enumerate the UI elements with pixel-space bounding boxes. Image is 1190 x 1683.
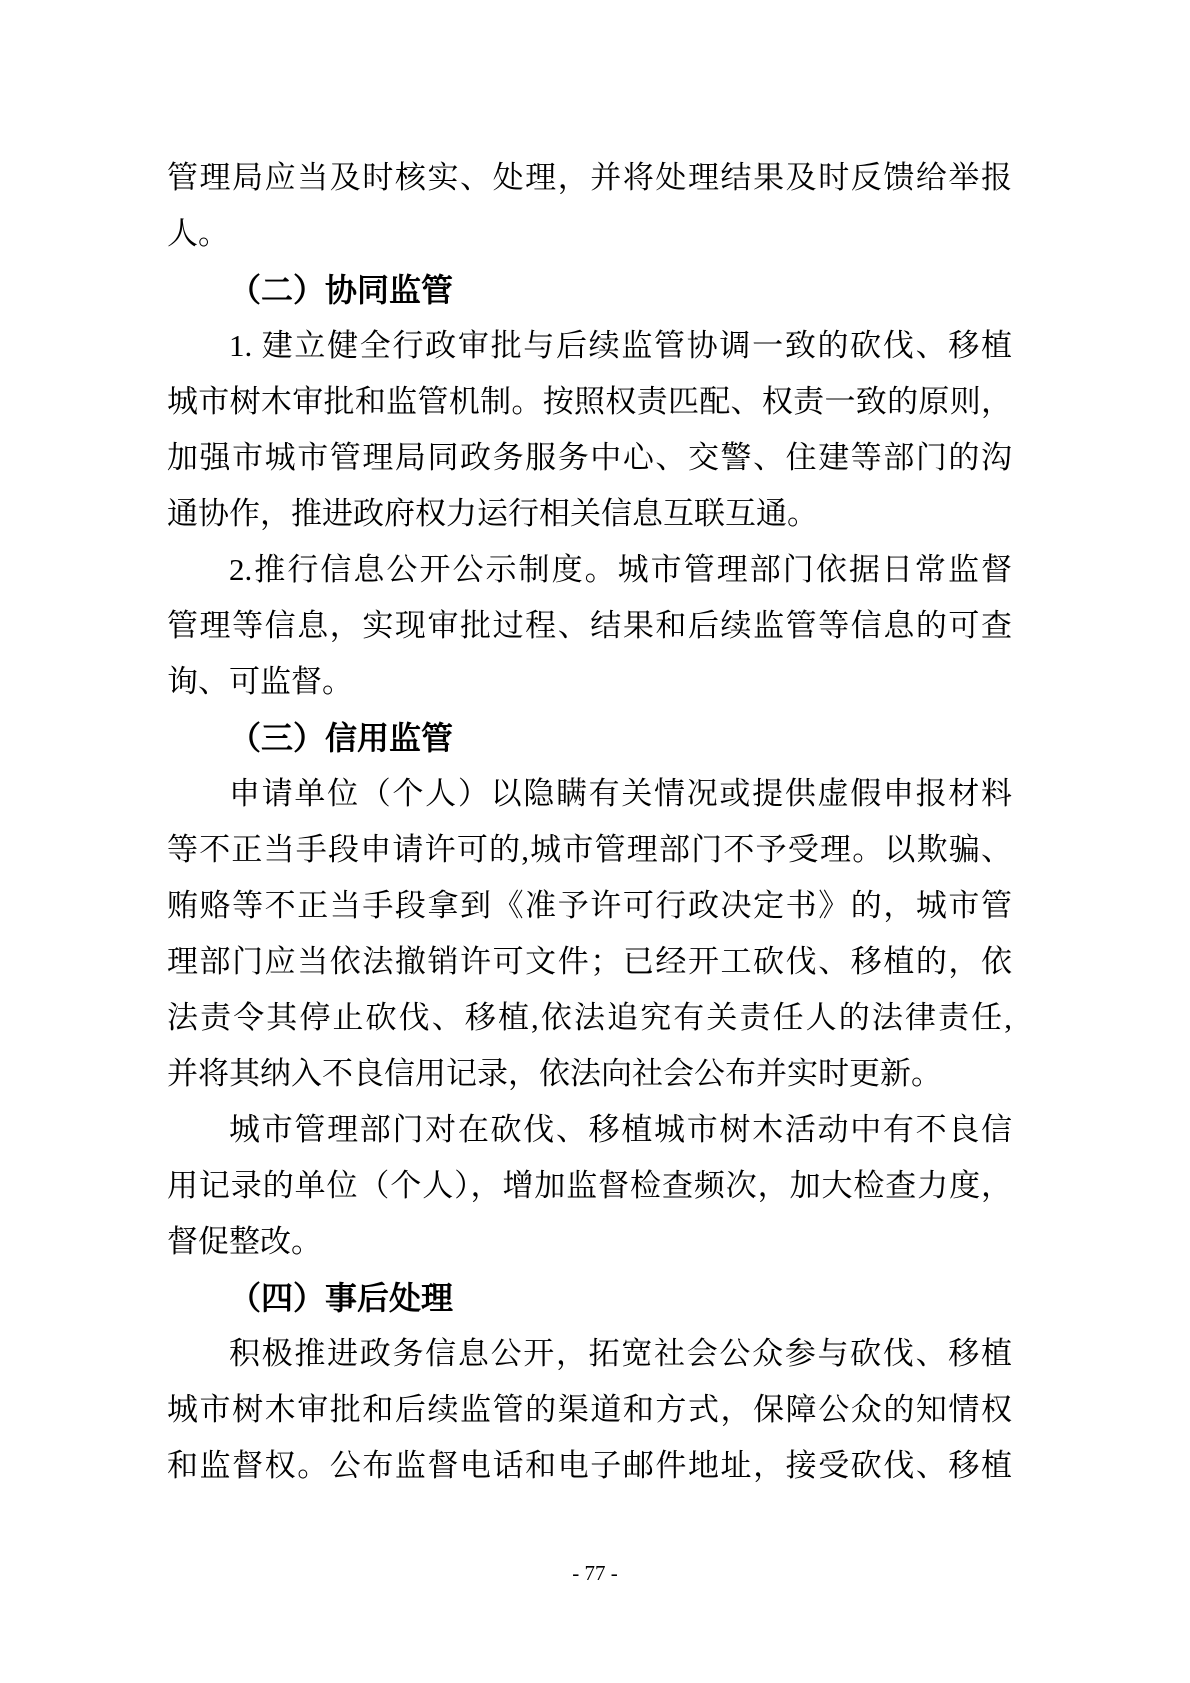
body-line: 管理等信息，实现审批过程、结果和后续监管等信息的可查 [167, 598, 1012, 654]
body-line: 和监督权。公布监督电话和电子邮件地址，接受砍伐、移植 [167, 1438, 1012, 1494]
paragraph: 申请单位（个人）以隐瞒有关情况或提供虚假申报材料 等不正当手段申请许可的,城市管… [167, 766, 1012, 1102]
body-line: 督促整改。 [167, 1214, 1012, 1270]
body-line: 等不正当手段申请许可的,城市管理部门不予受理。以欺骗、 [167, 822, 1012, 878]
body-line: 通协作，推进政府权力运行相关信息互联互通。 [167, 486, 1012, 542]
paragraph: 管理局应当及时核实、处理，并将处理结果及时反馈给举报 人。 [167, 150, 1012, 262]
body-line: 人。 [167, 206, 1012, 262]
paragraph: 城市管理部门对在砍伐、移植城市树木活动中有不良信 用记录的单位（个人），增加监督… [167, 1102, 1012, 1270]
body-line: 加强市城市管理局同政务服务中心、交警、住建等部门的沟 [167, 430, 1012, 486]
body-line: 并将其纳入不良信用记录，依法向社会公布并实时更新。 [167, 1046, 1012, 1102]
paragraph: 积极推进政务信息公开，拓宽社会公众参与砍伐、移植 城市树木审批和后续监管的渠道和… [167, 1326, 1012, 1494]
body-line: 贿赂等不正当手段拿到《准予许可行政决定书》的，城市管 [167, 878, 1012, 934]
body-line: 用记录的单位（个人），增加监督检查频次，加大检查力度， [167, 1158, 1012, 1214]
body-line: 法责令其停止砍伐、移植,依法追究有关责任人的法律责任, [167, 990, 1012, 1046]
body-line: 城市管理部门对在砍伐、移植城市树木活动中有不良信 [167, 1102, 1012, 1158]
page-number: - 77 - [0, 1558, 1190, 1588]
paragraph: 2.推行信息公开公示制度。城市管理部门依据日常监督 管理等信息，实现审批过程、结… [167, 542, 1012, 710]
section-heading: （二）协同监管 [167, 262, 1012, 318]
body-line: 理部门应当依法撤销许可文件；已经开工砍伐、移植的，依 [167, 934, 1012, 990]
section-heading: （三）信用监管 [167, 710, 1012, 766]
section-heading: （四）事后处理 [167, 1270, 1012, 1326]
page-body-text: 管理局应当及时核实、处理，并将处理结果及时反馈给举报 人。 （二）协同监管 1.… [167, 150, 1012, 1494]
body-line: 2.推行信息公开公示制度。城市管理部门依据日常监督 [167, 542, 1012, 598]
paragraph: 1. 建立健全行政审批与后续监管协调一致的砍伐、移植 城市树木审批和监管机制。按… [167, 318, 1012, 542]
body-line: 城市树木审批和后续监管的渠道和方式，保障公众的知情权 [167, 1382, 1012, 1438]
body-line: 申请单位（个人）以隐瞒有关情况或提供虚假申报材料 [167, 766, 1012, 822]
body-line: 询、可监督。 [167, 654, 1012, 710]
body-line: 1. 建立健全行政审批与后续监管协调一致的砍伐、移植 [167, 318, 1012, 374]
body-line: 管理局应当及时核实、处理，并将处理结果及时反馈给举报 [167, 150, 1012, 206]
body-line: 城市树木审批和监管机制。按照权责匹配、权责一致的原则， [167, 374, 1012, 430]
document-page: 管理局应当及时核实、处理，并将处理结果及时反馈给举报 人。 （二）协同监管 1.… [0, 0, 1190, 1683]
body-line: 积极推进政务信息公开，拓宽社会公众参与砍伐、移植 [167, 1326, 1012, 1382]
